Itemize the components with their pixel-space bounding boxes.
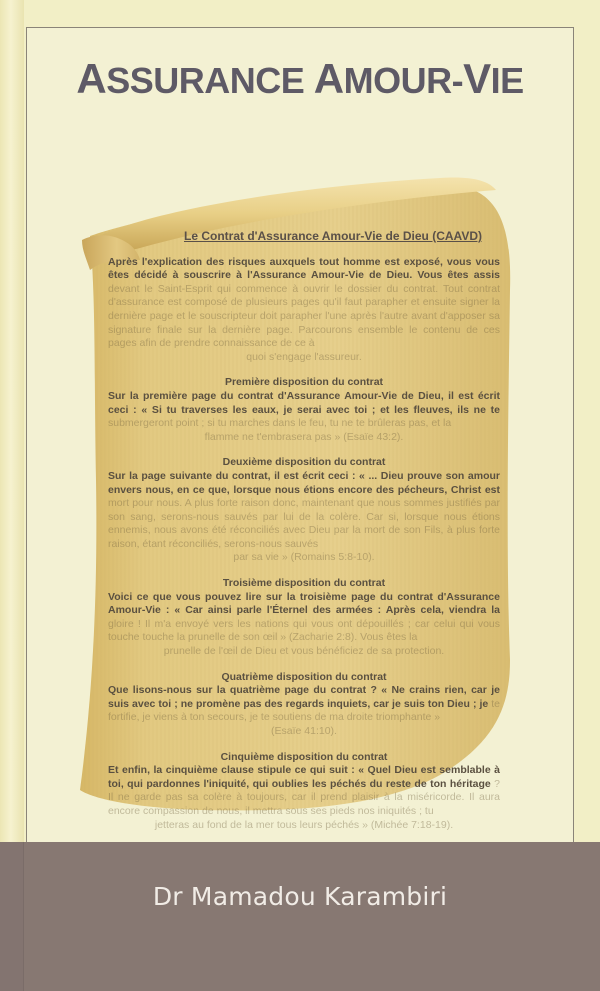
section-heading-1: Première disposition du contrat [108,376,500,390]
contract-text: Le Contrat d'Assurance Amour-Vie de Dieu… [108,230,500,844]
intro-faded-text: devant le Saint-Esprit qui commence à ou… [108,283,500,349]
section-strong-text: Sur la première page du contrat d'Assura… [108,390,500,416]
section-heading-2: Deuxième disposition du contrat [108,456,500,470]
band-spine-edge [0,842,24,991]
section-faded-text: submergeront point ; si tu marches dans … [108,417,451,429]
author-name: Dr Mamadou Karambiri [0,882,600,911]
section-strong-text: Sur la page suivante du contrat, il est … [108,470,500,496]
section-heading-4: Quatrième disposition du contrat [108,671,500,685]
section-strong-text: Et enfin, la cinquième clause stipule ce… [108,764,500,790]
section-heading-5: Cinquième disposition du contrat [108,751,500,765]
intro-paragraph: Après l'explication des risques auxquels… [108,256,500,365]
intro-strong-text: Après l'explication des risques auxquels… [108,256,500,282]
section-faded-text: mort pour nous. A plus forte raison donc… [108,497,500,550]
section-paragraph-2: Sur la page suivante du contrat, il est … [108,470,500,565]
section-tail-text: prunelle de l'œil de Dieu et vous bénéfi… [108,645,500,659]
section-paragraph-4: Que lisons-nous sur la quatrième page du… [108,684,500,738]
section-paragraph-5: Et enfin, la cinquième clause stipule ce… [108,764,500,832]
section-strong-text: Voici ce que vous pouvez lire sur la tro… [108,591,500,617]
section-tail-text: flamme ne t'embrasera pas » (Esaïe 43:2)… [108,431,500,445]
section-paragraph-3: Voici ce que vous pouvez lire sur la tro… [108,591,500,659]
section-paragraph-1: Sur la première page du contrat d'Assura… [108,390,500,444]
author-band: Dr Mamadou Karambiri [0,842,600,991]
section-faded-text: gloire ! Il m'a envoyé vers les nations … [108,618,500,644]
parchment-scroll: Le Contrat d'Assurance Amour-Vie de Dieu… [0,0,600,840]
intro-tail-text: quoi s'engage l'assureur. [108,351,500,365]
section-tail-text: jetteras au fond de la mer tous leurs pé… [108,819,500,833]
section-tail-text: (Esaïe 41:10). [108,725,500,739]
contract-heading: Le Contrat d'Assurance Amour-Vie de Dieu… [108,230,500,244]
section-tail-text: par sa vie » (Romains 5:8-10). [108,551,500,565]
section-heading-3: Troisième disposition du contrat [108,577,500,591]
section-strong-text: Que lisons-nous sur la quatrième page du… [108,684,500,710]
